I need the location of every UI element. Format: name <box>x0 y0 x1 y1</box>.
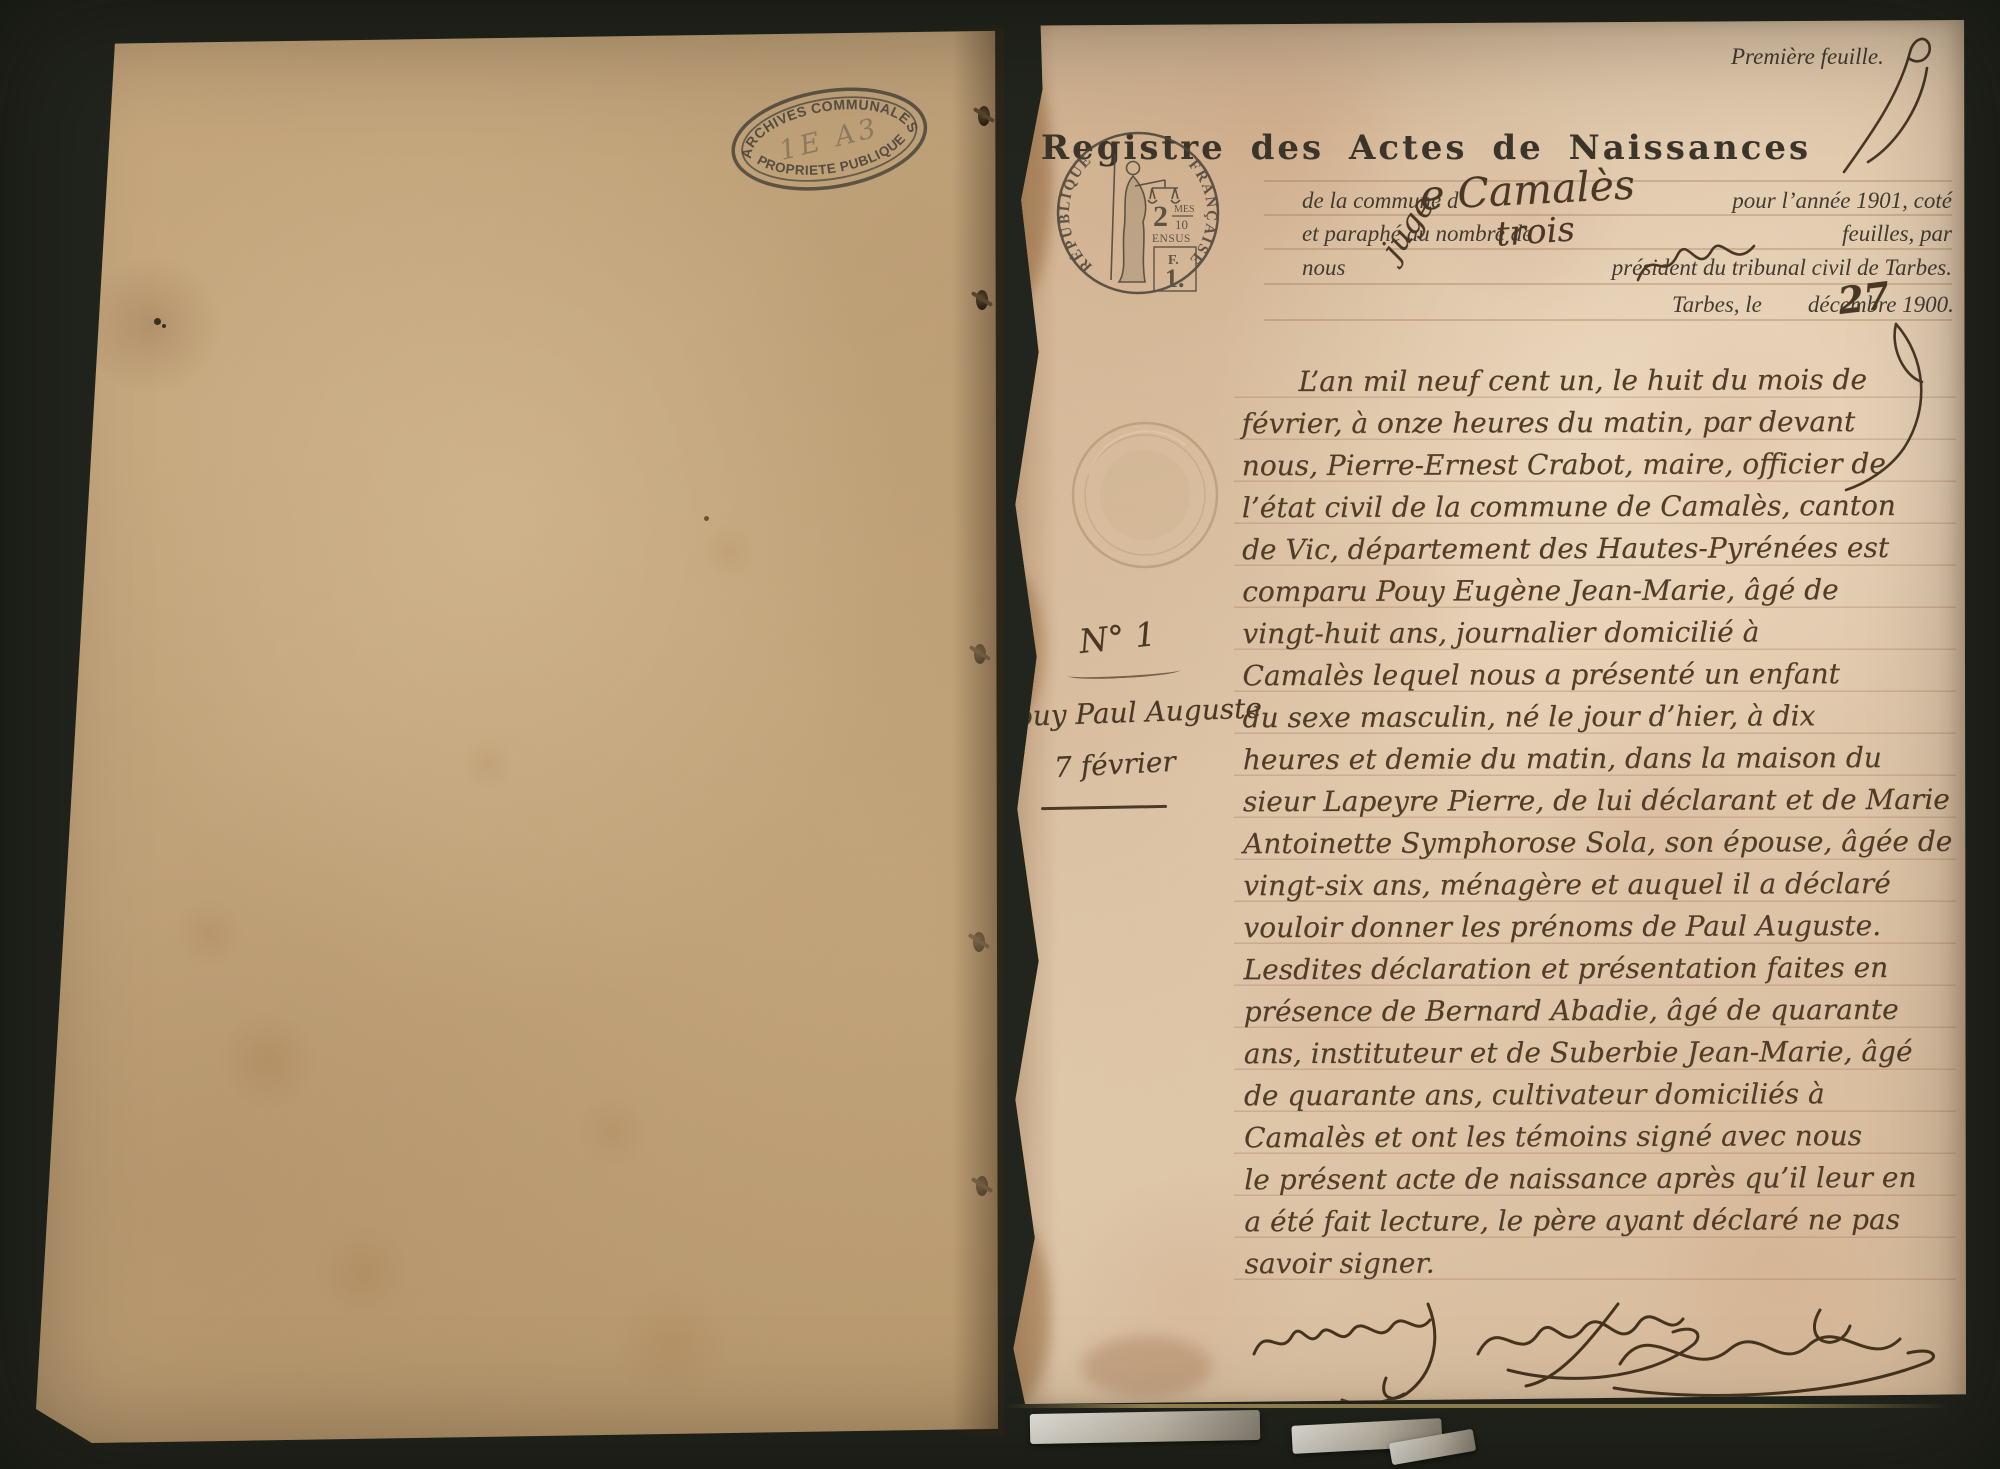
page-stack-strip <box>1030 1410 1260 1444</box>
act-line: a été fait lecture, le père ayant déclar… <box>1244 1199 1953 1243</box>
paraphe-value-handwritten: trois <box>1495 209 1576 254</box>
ruled-line <box>1264 214 1952 216</box>
act-line: Camalès et ont les témoins signé avec no… <box>1244 1115 1953 1159</box>
act-line: de Vic, département des Hautes-Pyrénées … <box>1242 527 1951 571</box>
act-line: sieur Lapeyre Pierre, de lui déclarant e… <box>1243 779 1952 823</box>
feuilles-note: feuilles, par <box>1842 221 1952 247</box>
act-line: le présent acte de naissance après qu’il… <box>1244 1157 1953 1201</box>
paper-texture <box>36 28 998 1443</box>
act-line: Lesdites déclaration et présentation fai… <box>1243 947 1952 991</box>
act-number: N° 1 <box>1077 614 1158 661</box>
act-line: vouloir donner les prénoms de Paul Augus… <box>1243 905 1952 949</box>
act-line: ans, instituteur et de Suberbie Jean-Mar… <box>1244 1031 1953 1075</box>
paper-stain <box>1082 1336 1212 1398</box>
margin-divider <box>1041 805 1167 810</box>
act-number-underline <box>1068 665 1180 681</box>
left-page: ARCHIVES COMMUNALES PROPRIETE PUBLIQUE 1… <box>36 28 998 1443</box>
act-line: heures et demie du matin, dans la maison… <box>1243 737 1952 781</box>
act-line: février, à onze heures du matin, par dev… <box>1242 401 1951 445</box>
act-line: comparu Pouy Eugène Jean-Marie, âgé de <box>1242 569 1951 613</box>
stamp-republique-text: RÉPUBLIQUE <box>1057 152 1096 275</box>
year-note: pour l’année 1901, coté <box>1732 188 1952 214</box>
fiscal-revenue-stamp: RÉPUBLIQUE FRANÇAISE 2 MES <box>1053 128 1223 303</box>
act-line: vingt-six ans, ménagère et auquel il a d… <box>1243 863 1952 907</box>
binding-stitch <box>973 932 985 952</box>
embossed-seal <box>1065 415 1225 580</box>
nous-label: nous <box>1302 255 1345 281</box>
judge-paraph-signature <box>1816 26 1946 181</box>
rate-word: ENSUS <box>1152 233 1191 245</box>
act-line: de quarante ans, cultivateur domiciliés … <box>1244 1073 1953 1117</box>
rate-sup: MES <box>1174 204 1195 215</box>
svg-text:RÉPUBLIQUE: RÉPUBLIQUE <box>1057 152 1096 275</box>
stamp-rate-block: 2 MES 10 ENSUS F. 1. <box>1152 200 1196 293</box>
paper-speck <box>162 324 166 328</box>
right-page: Première feuille. Registre des Actes de … <box>996 20 1966 1404</box>
act-line: vingt-huit ans, journalier domicilié à <box>1242 611 1951 655</box>
act-line: présence de Bernard Abadie, âgé de quara… <box>1244 989 1953 1033</box>
act-line: nous, Pierre-Ernest Crabot, maire, offic… <box>1242 443 1951 487</box>
binding-stitch <box>978 106 990 126</box>
act-line: savoir signer. <box>1244 1241 1953 1285</box>
rate-big: 2 <box>1153 200 1168 233</box>
date-prefix: Tarbes, le <box>1672 292 1762 317</box>
date-line: Tarbes, ledécembre 1900. <box>1672 292 1954 318</box>
president-overwrite-scribble <box>1632 236 1762 296</box>
ruled-line <box>1264 248 1952 250</box>
rate-den: 10 <box>1175 217 1188 232</box>
act-body: L’an mil neuf cent un, le huit du mois d… <box>1241 359 1954 1285</box>
act-line: L’an mil neuf cent un, le huit du mois d… <box>1241 359 1950 403</box>
signature-crabot <box>1608 1298 1938 1403</box>
binding-gutter-shadow <box>952 28 1004 1436</box>
binding-stitch <box>976 290 988 310</box>
act-line: Antoinette Symphorose Sola, son épouse, … <box>1243 821 1952 865</box>
archives-communales-stamp: ARCHIVES COMMUNALES PROPRIETE PUBLIQUE 1… <box>715 64 944 223</box>
page-block-gilt-edge <box>1005 1404 1950 1408</box>
binding-stitch <box>974 644 986 664</box>
paper-speck <box>154 318 161 325</box>
act-line: Camalès lequel nous a présenté un enfant <box>1242 653 1951 697</box>
commune-value-handwritten: e Camalès <box>1419 160 1636 219</box>
margin-date: 7 février <box>1053 745 1176 784</box>
binding-stitch <box>976 1176 988 1196</box>
register-scan: ARCHIVES COMMUNALES PROPRIETE PUBLIQUE 1… <box>0 0 2000 1469</box>
value-amount: 1. <box>1165 264 1185 293</box>
act-line: l’état civil de la commune de Camalès, c… <box>1242 485 1951 529</box>
signature-abadie <box>1246 1282 1461 1412</box>
paper-speck <box>704 516 709 521</box>
act-line: du sexe masculin, né le jour d’hier, à d… <box>1243 695 1952 739</box>
